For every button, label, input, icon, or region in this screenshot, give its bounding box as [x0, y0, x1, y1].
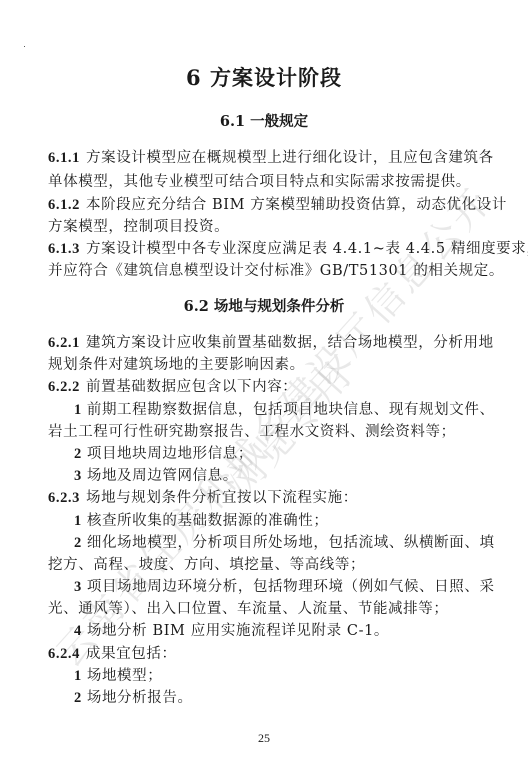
item-number: 4	[74, 623, 82, 639]
item-text: 场地分析 BIM 应用实施流程详见附录 C-1。	[87, 623, 389, 639]
clause-text: 规划条件对建筑场地的主要影响因素。	[48, 357, 305, 373]
clause-number: 6.2.1	[48, 335, 80, 351]
text-line: 挖方、高程、坡度、方向、填挖量、等高线等；	[48, 556, 508, 574]
clause-text: 方案设计模型应在概规模型上进行细化设计，且应包含建筑各	[86, 150, 494, 166]
scan-dot	[24, 46, 25, 47]
clause-line: 6.2.2前置基础数据应包含以下内容：	[48, 378, 508, 396]
chapter-title: 6 方案设计阶段	[0, 62, 528, 92]
clause-line: 6.1.1方案设计模型应在概规模型上进行细化设计，且应包含建筑各	[48, 149, 508, 167]
page-number: 25	[0, 731, 528, 746]
list-item: 4场地分析 BIM 应用实施流程详见附录 C-1。	[74, 622, 528, 640]
clause-number: 6.1.3	[48, 241, 80, 257]
item-text: 项目地块周边地形信息；	[87, 446, 253, 462]
item-text: 挖方、高程、坡度、方向、填挖量、等高线等；	[48, 557, 365, 573]
clause-text: 场地与规划条件分析宜按以下流程实施：	[86, 490, 358, 506]
list-item: 1前期工程勘察数据信息，包括项目地块信息、现有规划文件、	[74, 401, 528, 419]
text-line: 方案模型，控制项目投资。	[48, 218, 508, 236]
clause-number: 6.1.1	[48, 150, 80, 166]
item-text: 场地分析报告。	[87, 690, 193, 706]
item-text: 光、通风等）、出入口位置、车流量、人流量、节能减排等；	[48, 601, 448, 617]
clause-text: 单体模型，其他专业模型可结合项目特点和实际需求按需提供。	[48, 174, 471, 190]
clause-text: 方案模型，控制项目投资。	[48, 219, 229, 235]
clause-line: 6.1.2本阶段应充分结合 BIM 方案模型辅助投资估算，动态优化设计	[48, 196, 508, 214]
item-number: 3	[74, 468, 82, 484]
item-number: 1	[74, 402, 82, 418]
clause-text: 前置基础数据应包含以下内容：	[86, 379, 297, 395]
text-line: 岩土工程可行性研究勘察报告、工程水文资料、测绘资料等；	[48, 423, 508, 441]
clause-text: 成果宜包括：	[86, 646, 177, 662]
clause-line: 6.1.3方案设计模型中各专业深度应满足表 4.4.1~表 4.4.5 精细度要…	[48, 240, 508, 258]
item-number: 1	[74, 668, 82, 684]
item-number: 3	[74, 579, 82, 595]
document-page: 6 方案设计阶段 6.1 一般规定 6.1.1方案设计模型应在概规模型上进行细化…	[0, 0, 528, 767]
clause-text: 并应符合《建筑信息模型设计交付标准》GB/T51301 的相关规定。	[48, 263, 504, 279]
list-item: 1场地模型；	[74, 667, 528, 685]
list-item: 2项目地块周边地形信息；	[74, 445, 528, 463]
item-text: 场地模型；	[87, 668, 163, 684]
item-number: 1	[74, 513, 82, 529]
item-text: 项目场地周边环境分析，包括物理环境（例如气候、日照、采	[87, 579, 495, 595]
item-number: 2	[74, 535, 82, 551]
section-title-6-2: 6.2 场地与规划条件分析	[0, 295, 528, 316]
clause-number: 6.2.2	[48, 379, 80, 395]
text-line: 单体模型，其他专业模型可结合项目特点和实际需求按需提供。	[48, 173, 508, 191]
item-text: 岩土工程可行性研究勘察报告、工程水文资料、测绘资料等；	[48, 424, 456, 440]
list-item: 3项目场地周边环境分析，包括物理环境（例如气候、日照、采	[74, 578, 528, 596]
section-title-6-1: 6.1 一般规定	[0, 110, 528, 131]
list-item: 2场地分析报告。	[74, 689, 528, 707]
text-line: 光、通风等）、出入口位置、车流量、人流量、节能减排等；	[48, 600, 508, 618]
item-text: 场地及周边管网信息。	[87, 468, 238, 484]
item-text: 核查所收集的基础数据源的准确性；	[87, 513, 329, 529]
item-text: 前期工程勘察数据信息，包括项目地块信息、现有规划文件、	[87, 402, 495, 418]
clause-number: 6.1.2	[48, 197, 80, 213]
clause-number: 6.2.4	[48, 646, 80, 662]
item-text: 细化场地模型，分析项目所处场地，包括流域、纵横断面、填	[87, 535, 495, 551]
text-line: 并应符合《建筑信息模型设计交付标准》GB/T51301 的相关规定。	[48, 262, 508, 280]
list-item: 3场地及周边管网信息。	[74, 467, 528, 485]
clause-text: 方案设计模型中各专业深度应满足表 4.4.1~表 4.4.5 精细度要求，	[86, 241, 528, 257]
clause-line: 6.2.4成果宜包括：	[48, 645, 508, 663]
clause-line: 6.2.3场地与规划条件分析宜按以下流程实施：	[48, 489, 508, 507]
clause-number: 6.2.3	[48, 490, 80, 506]
list-item: 1核查所收集的基础数据源的准确性；	[74, 512, 528, 530]
clause-line: 6.2.1建筑方案设计应收集前置基础数据，结合场地模型，分析用地	[48, 334, 508, 352]
item-number: 2	[74, 446, 82, 462]
list-item: 2细化场地模型，分析项目所处场地，包括流域、纵横断面、填	[74, 534, 528, 552]
text-line: 规划条件对建筑场地的主要影响因素。	[48, 356, 508, 374]
clause-text: 建筑方案设计应收集前置基础数据，结合场地模型，分析用地	[86, 335, 494, 351]
clause-text: 本阶段应充分结合 BIM 方案模型辅助投资估算，动态优化设计	[86, 197, 507, 213]
item-number: 2	[74, 690, 82, 706]
